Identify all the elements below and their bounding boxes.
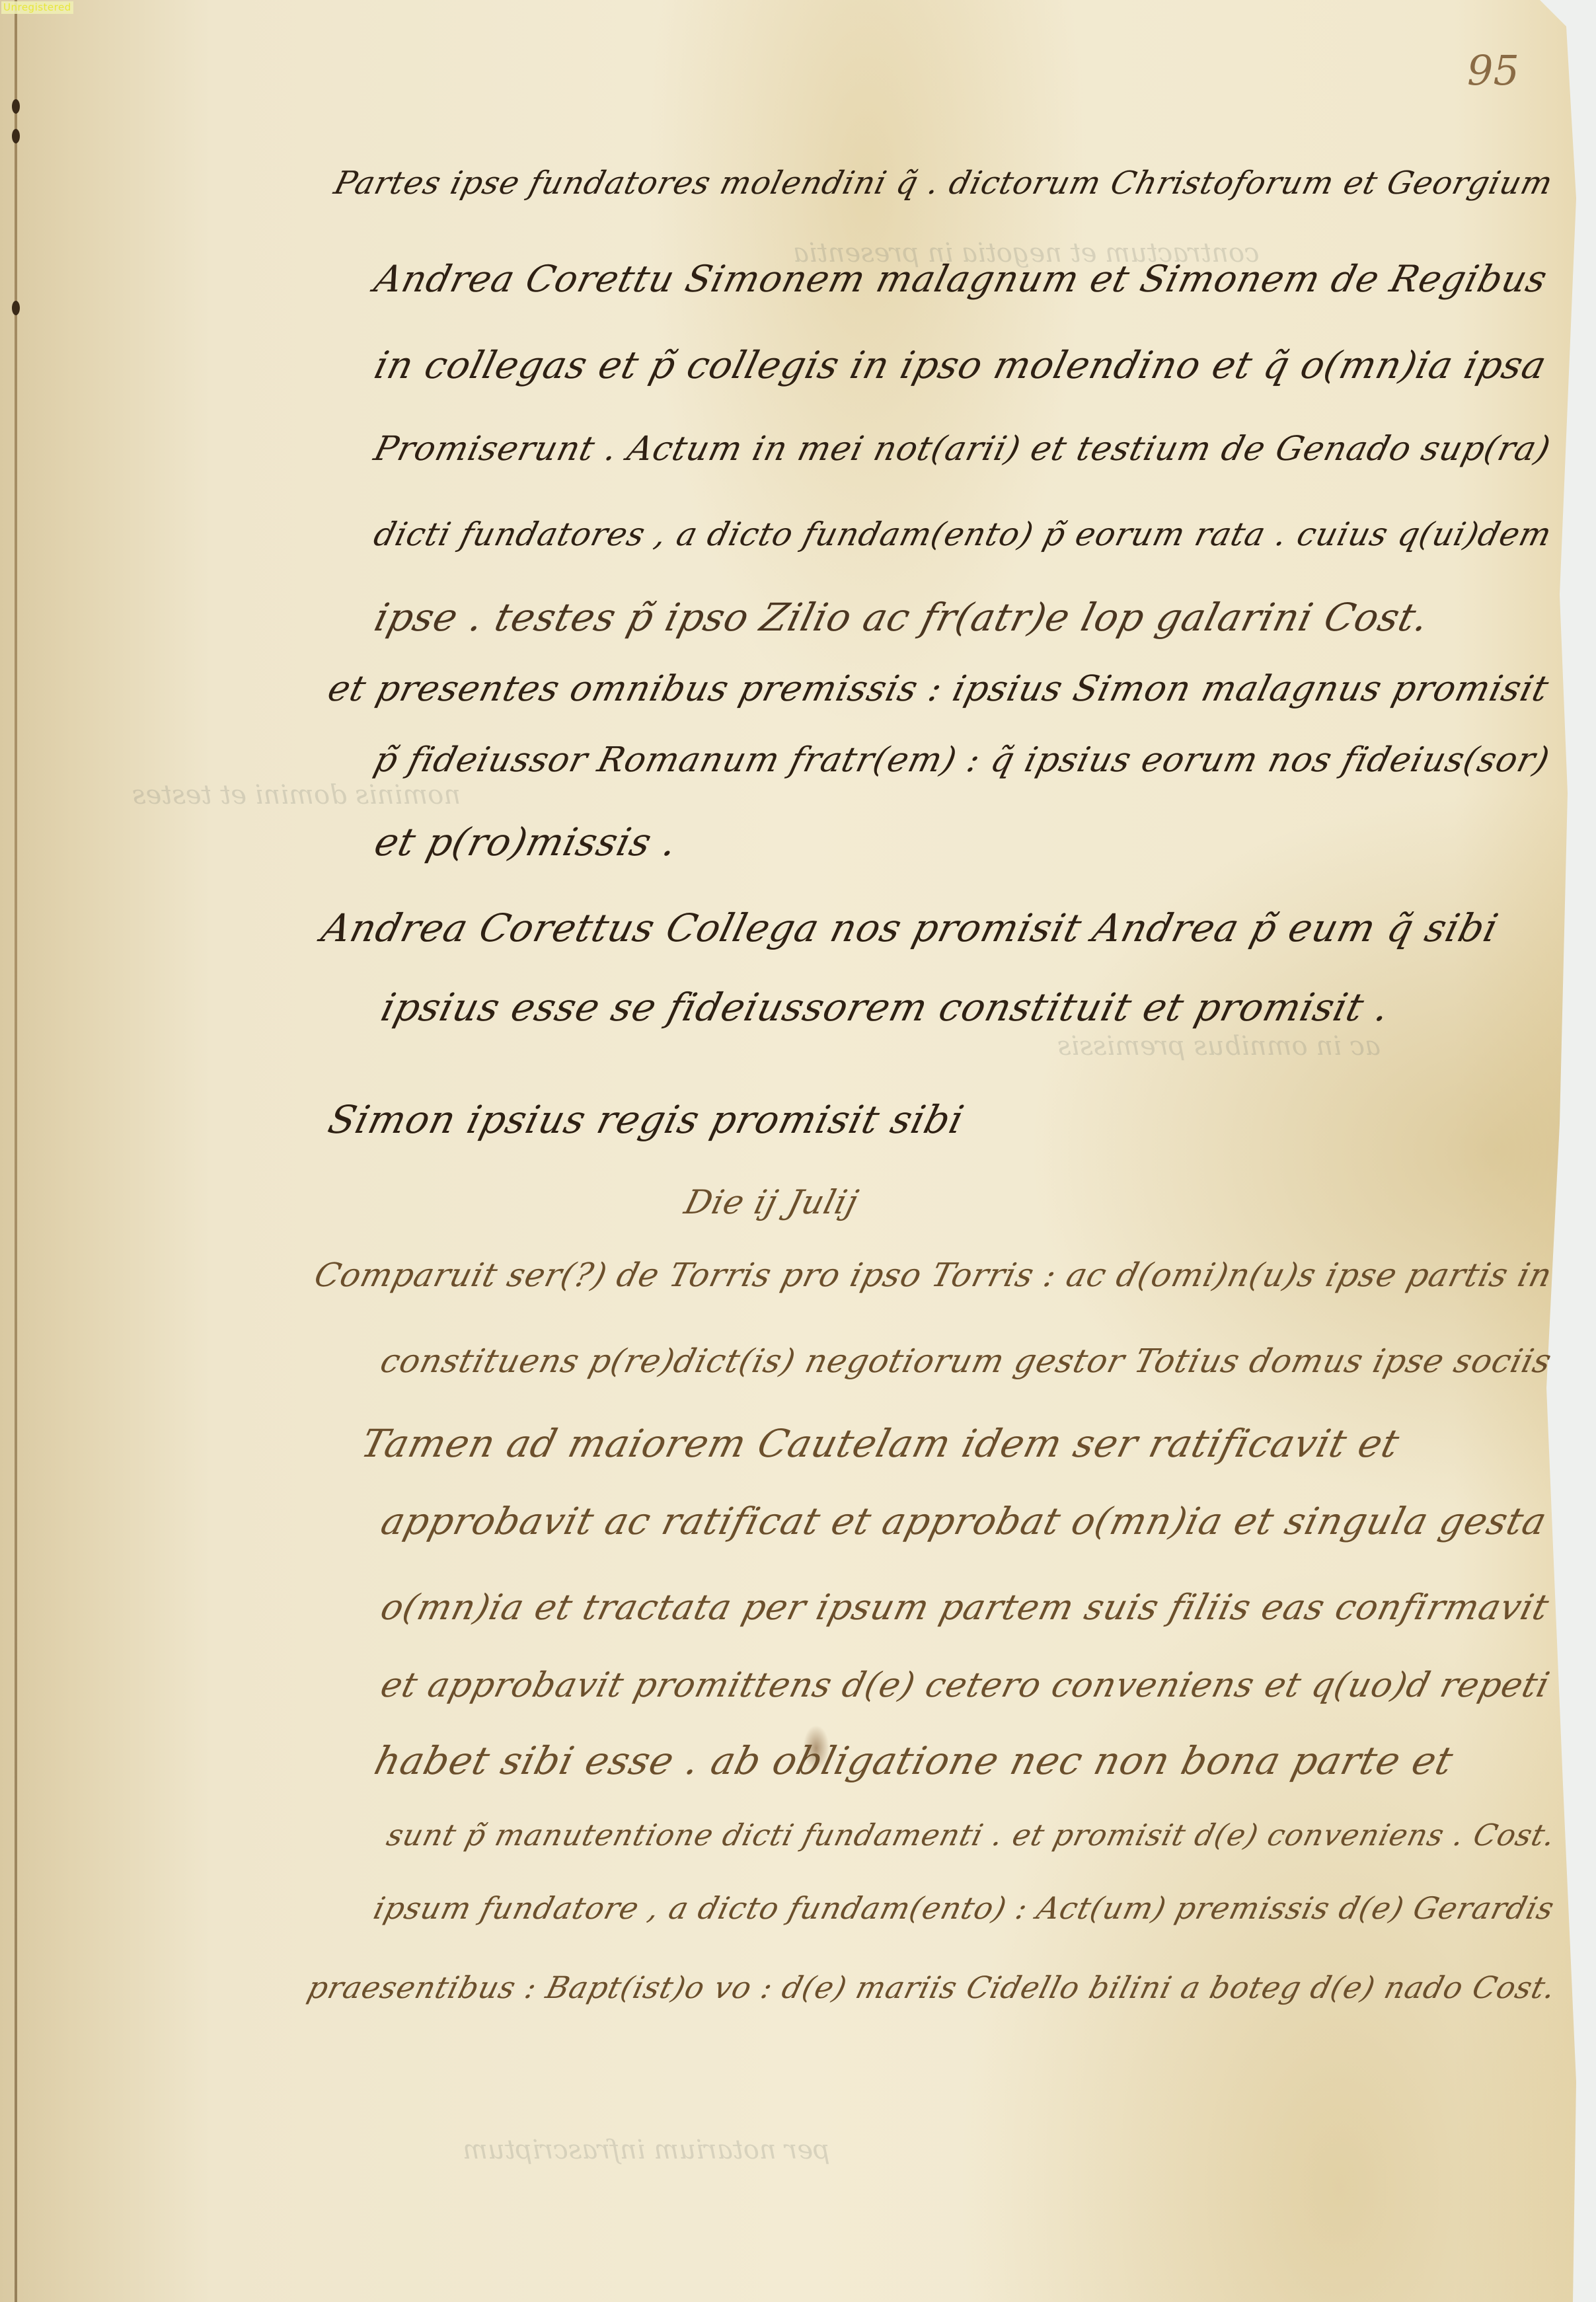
- binding-hole: [12, 129, 20, 143]
- ms-line: ipsum fundatore , a dicto fundam(ento) :…: [370, 1890, 1558, 1926]
- binding-hole: [12, 99, 20, 114]
- ms-line: constituens p(re)dict(is) negotiorum ges…: [377, 1342, 1556, 1380]
- ms-line: in collegas et p̃ collegis in ipso molen…: [370, 344, 1551, 387]
- ms-line: Tamen ad maiorem Cautelam idem ser ratif…: [357, 1421, 1404, 1466]
- ms-line: sunt p̃ manutentione dicti fundamenti . …: [383, 1818, 1559, 1853]
- binding-hole: [12, 301, 20, 315]
- folio-number: 95: [1467, 46, 1519, 95]
- ms-line: Comparuit ser(?) de Torris pro ipso Torr…: [311, 1256, 1556, 1294]
- ms-line: habet sibi esse . ab obligatione nec non…: [370, 1738, 1458, 1783]
- unregistered-watermark: Unregistered: [1, 1, 73, 14]
- ms-line: Partes ipse fundatores molendini q̃ . di…: [330, 165, 1556, 202]
- ms-line: et presentes omnibus premissis : ipsius …: [324, 668, 1553, 709]
- ms-line: Andrea Corettu Simonem malagnum et Simon…: [370, 258, 1552, 301]
- ms-line: praesentibus : Bapt(ist)o vo : d(e) mari…: [304, 1970, 1560, 2005]
- show-through-text: per notarium infrascriptum: [463, 2135, 830, 2165]
- ms-line: Simon ipsius regis promisit sibi: [324, 1097, 969, 1142]
- ms-line: Promiserunt . Actum in mei not(arii) et …: [370, 430, 1554, 469]
- ms-line: Andrea Corettus Collega nos promisit And…: [317, 905, 1503, 950]
- ms-line: et approbavit promittens d(e) cetero con…: [377, 1666, 1554, 1705]
- ms-line: et p(ro)missis .: [370, 820, 682, 864]
- show-through-text: ac in omnibus premissis: [1057, 1031, 1381, 1061]
- ms-line: p̃ fideiussor Romanum fratr(em) : q̃ ips…: [370, 740, 1554, 780]
- ms-line: o(mn)ia et tractata per ipsum partem sui…: [377, 1586, 1554, 1628]
- ms-line: approbavit ac ratificat et approbat o(mn…: [377, 1500, 1551, 1543]
- ms-line: dicti fundatores , a dicto fundam(ento) …: [370, 516, 1556, 553]
- ms-line: ipse . testes p̃ ipso Zilio ac fr(atr)e …: [370, 595, 1434, 640]
- binding-fold: [15, 0, 17, 2302]
- show-through-text: nominis domini et testes: [132, 780, 461, 810]
- date-heading: Die ij Julij: [681, 1183, 862, 1221]
- ms-line: ipsius esse se fideiussorem constituit e…: [377, 985, 1394, 1030]
